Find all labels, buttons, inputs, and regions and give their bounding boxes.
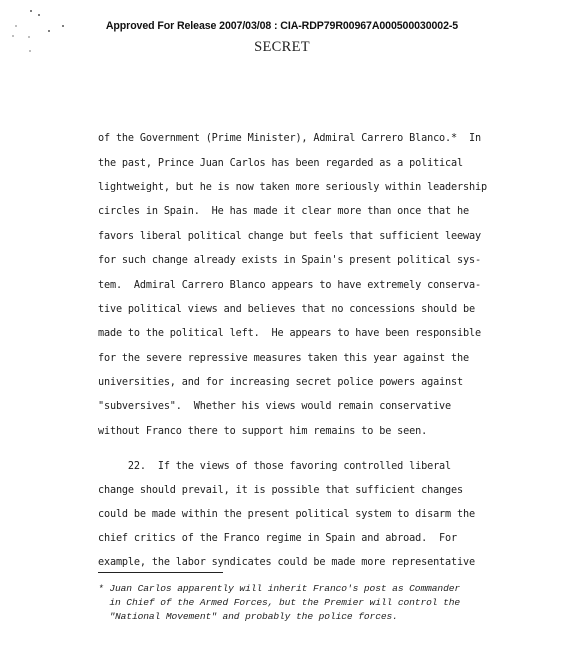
text-line: tive political views and believes that n…	[98, 303, 475, 317]
text-line: tem. Admiral Carrero Blanco appears to h…	[98, 279, 481, 293]
text-line: favors liberal political change but feel…	[98, 230, 481, 244]
footnote-line: "National Movement" and probably the pol…	[98, 611, 398, 623]
text-line: for the severe repressive measures taken…	[98, 352, 469, 366]
text-line: for such change already exists in Spain'…	[98, 254, 481, 268]
text-line: made to the political left. He appears t…	[98, 327, 481, 341]
text-line: without Franco there to support him rema…	[98, 425, 427, 439]
text-line: universities, and for increasing secret …	[98, 376, 463, 390]
text-line: lightweight, but he is now taken more se…	[98, 181, 487, 195]
text-line: could be made within the present politic…	[98, 508, 475, 522]
text-line: chief critics of the Franco regime in Sp…	[98, 532, 457, 546]
text-line: of the Government (Prime Minister), Admi…	[98, 132, 481, 146]
text-line: example, the labor syndicates could be m…	[98, 556, 475, 570]
footnote-divider	[98, 572, 223, 573]
classification-marking: SECRET	[0, 39, 564, 56]
text-line: "subversives". Whether his views would r…	[98, 400, 451, 414]
footnote-line: * Juan Carlos apparently will inherit Fr…	[98, 583, 460, 595]
release-header: Approved For Release 2007/03/08 : CIA-RD…	[0, 20, 564, 32]
text-line: circles in Spain. He has made it clear m…	[98, 205, 469, 219]
footnote-line: in Chief of the Armed Forces, but the Pr…	[98, 597, 460, 609]
text-line: 22. If the views of those favoring contr…	[98, 460, 451, 474]
text-line: change should prevail, it is possible th…	[98, 484, 463, 498]
text-line: the past, Prince Juan Carlos has been re…	[98, 157, 463, 171]
